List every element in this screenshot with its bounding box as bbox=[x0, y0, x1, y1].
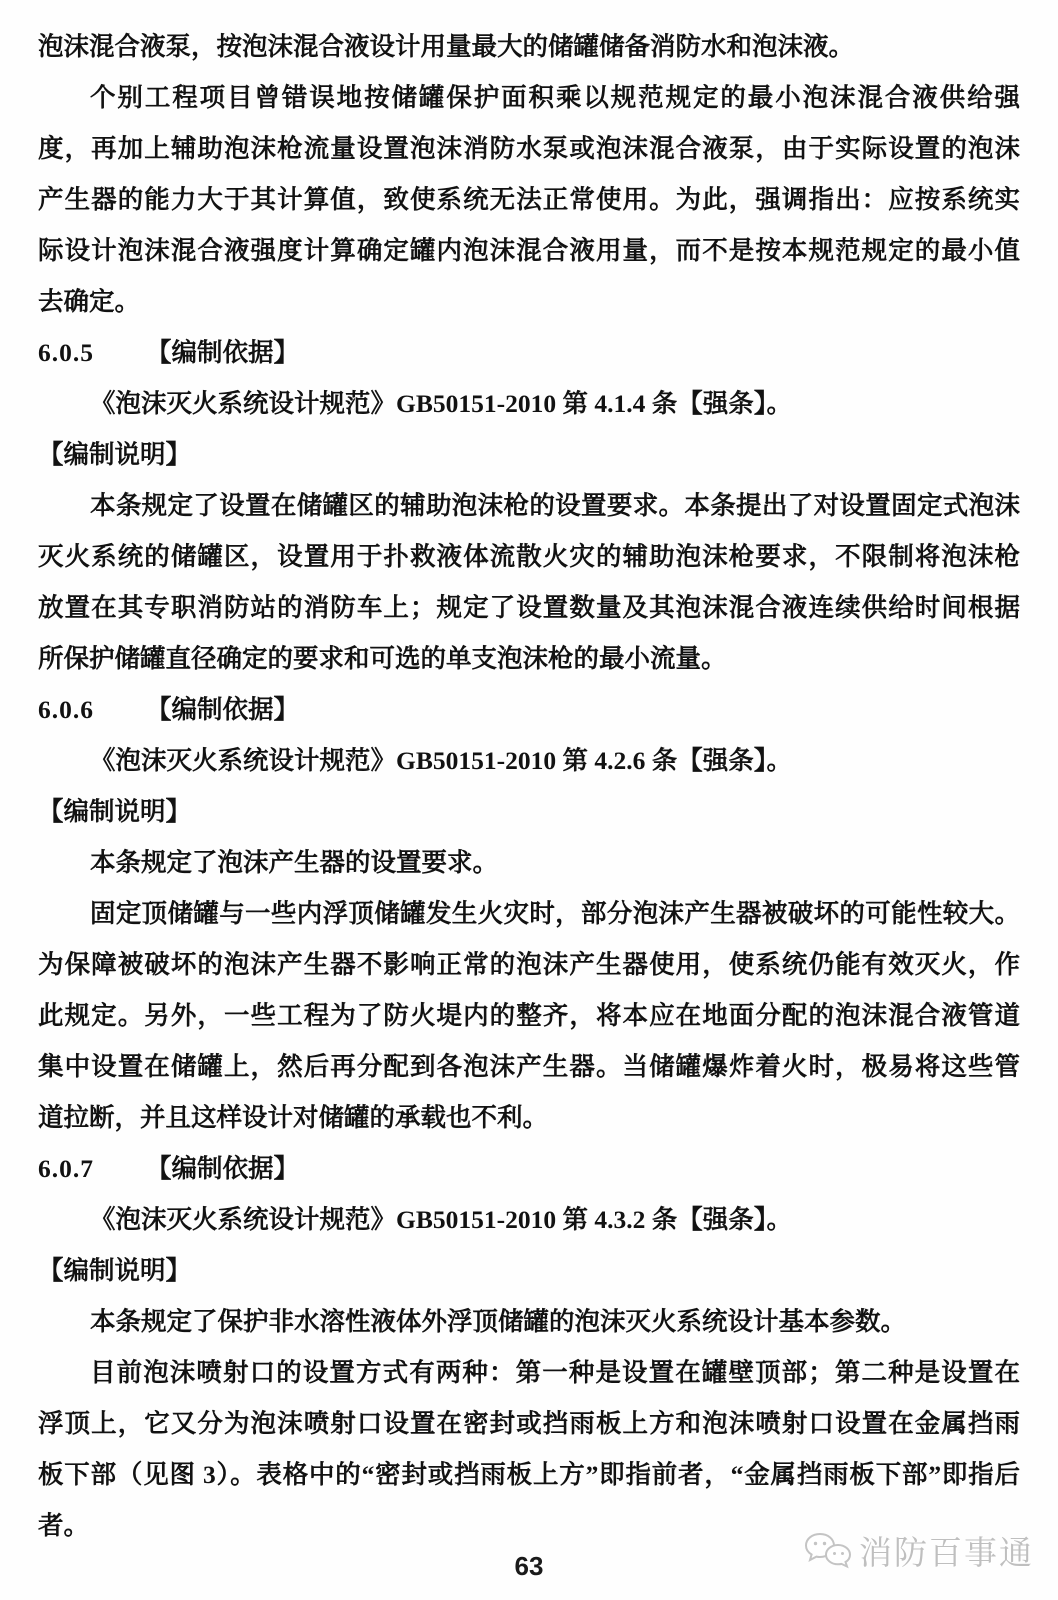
section-label: 【编制依据】 bbox=[146, 1154, 299, 1183]
section-label: 【编制依据】 bbox=[146, 695, 299, 724]
text-line: 固定顶储罐与一些内浮顶储罐发生火灾时，部分泡沫产生器被破坏的可能性较大。 bbox=[38, 888, 1020, 939]
section-number: 6.0.6 bbox=[38, 684, 94, 735]
text-line: 集中设置在储罐上，然后再分配到各泡沫产生器。当储罐爆炸着火时，极易将这些管 bbox=[38, 1041, 1020, 1092]
paragraph: 《泡沫灭火系统设计规范》GB50151-2010 第 4.1.4 条【强条】。 bbox=[38, 378, 1020, 429]
heading-line: 6.0.7【编制依据】 bbox=[38, 1143, 1020, 1194]
text-line: 《泡沫灭火系统设计规范》GB50151-2010 第 4.1.4 条【强条】。 bbox=[38, 378, 1020, 429]
section-heading: 6.0.7【编制依据】 bbox=[38, 1143, 1020, 1194]
text-line: 本条规定了泡沫产生器的设置要求。 bbox=[38, 837, 1020, 888]
text-line: 此规定。另外，一些工程为了防火堤内的整齐，将本应在地面分配的泡沫混合液管道 bbox=[38, 990, 1020, 1041]
section-heading: 6.0.6【编制依据】 bbox=[38, 684, 1020, 735]
section-subheading: 【编制说明】 bbox=[38, 786, 1020, 837]
document-content: 泡沫混合液泵，按泡沫混合液设计用量最大的储罐储备消防水和泡沫液。个别工程项目曾错… bbox=[38, 21, 1020, 1551]
paragraph: 泡沫混合液泵，按泡沫混合液设计用量最大的储罐储备消防水和泡沫液。 bbox=[38, 21, 1020, 72]
paragraph: 本条规定了保护非水溶性液体外浮顶储罐的泡沫灭火系统设计基本参数。 bbox=[38, 1296, 1020, 1347]
paragraph: 《泡沫灭火系统设计规范》GB50151-2010 第 4.2.6 条【强条】。 bbox=[38, 735, 1020, 786]
text-line: 板下部（见图 3）。表格中的“密封或挡雨板上方”即指前者，“金属挡雨板下部”即指… bbox=[38, 1449, 1020, 1500]
text-line: 道拉断，并且这样设计对储罐的承载也不利。 bbox=[38, 1092, 1020, 1143]
section-label: 【编制依据】 bbox=[146, 338, 299, 367]
text-line: 《泡沫灭火系统设计规范》GB50151-2010 第 4.3.2 条【强条】。 bbox=[38, 1194, 1020, 1245]
page-number: 63 bbox=[0, 1551, 1058, 1582]
subheading-line: 【编制说明】 bbox=[38, 1245, 1020, 1296]
paragraph: 本条规定了泡沫产生器的设置要求。 bbox=[38, 837, 1020, 888]
text-line: 泡沫混合液泵，按泡沫混合液设计用量最大的储罐储备消防水和泡沫液。 bbox=[38, 21, 1020, 72]
text-line: 放置在其专职消防站的消防车上；规定了设置数量及其泡沫混合液连续供给时间根据 bbox=[38, 582, 1020, 633]
text-line: 灭火系统的储罐区，设置用于扑救液体流散火灾的辅助泡沫枪要求，不限制将泡沫枪 bbox=[38, 531, 1020, 582]
text-line: 目前泡沫喷射口的设置方式有两种：第一种是设置在罐壁顶部；第二种是设置在 bbox=[38, 1347, 1020, 1398]
text-line: 所保护储罐直径确定的要求和可选的单支泡沫枪的最小流量。 bbox=[38, 633, 1020, 684]
section-number: 6.0.5 bbox=[38, 327, 94, 378]
section-subheading: 【编制说明】 bbox=[38, 429, 1020, 480]
paragraph: 本条规定了设置在储罐区的辅助泡沫枪的设置要求。本条提出了对设置固定式泡沫灭火系统… bbox=[38, 480, 1020, 684]
heading-line: 6.0.5【编制依据】 bbox=[38, 327, 1020, 378]
paragraph: 目前泡沫喷射口的设置方式有两种：第一种是设置在罐壁顶部；第二种是设置在浮顶上，它… bbox=[38, 1347, 1020, 1551]
text-line: 本条规定了设置在储罐区的辅助泡沫枪的设置要求。本条提出了对设置固定式泡沫 bbox=[38, 480, 1020, 531]
text-line: 产生器的能力大于其计算值，致使系统无法正常使用。为此，强调指出：应按系统实 bbox=[38, 174, 1020, 225]
text-line: 去确定。 bbox=[38, 276, 1020, 327]
section-number: 6.0.7 bbox=[38, 1143, 94, 1194]
document-page: 泡沫混合液泵，按泡沫混合液设计用量最大的储罐储备消防水和泡沫液。个别工程项目曾错… bbox=[0, 0, 1058, 1600]
paragraph: 个别工程项目曾错误地按储罐保护面积乘以规范规定的最小泡沫混合液供给强度，再加上辅… bbox=[38, 72, 1020, 327]
text-line: 为保障被破坏的泡沫产生器不影响正常的泡沫产生器使用，使系统仍能有效灭火，作 bbox=[38, 939, 1020, 990]
text-line: 个别工程项目曾错误地按储罐保护面积乘以规范规定的最小泡沫混合液供给强 bbox=[38, 72, 1020, 123]
section-subheading: 【编制说明】 bbox=[38, 1245, 1020, 1296]
subheading-line: 【编制说明】 bbox=[38, 429, 1020, 480]
text-line: 本条规定了保护非水溶性液体外浮顶储罐的泡沫灭火系统设计基本参数。 bbox=[38, 1296, 1020, 1347]
section-heading: 6.0.5【编制依据】 bbox=[38, 327, 1020, 378]
text-line: 际设计泡沫混合液强度计算确定罐内泡沫混合液用量，而不是按本规范规定的最小值 bbox=[38, 225, 1020, 276]
paragraph: 《泡沫灭火系统设计规范》GB50151-2010 第 4.3.2 条【强条】。 bbox=[38, 1194, 1020, 1245]
text-line: 度，再加上辅助泡沫枪流量设置泡沫消防水泵或泡沫混合液泵，由于实际设置的泡沫 bbox=[38, 123, 1020, 174]
heading-line: 6.0.6【编制依据】 bbox=[38, 684, 1020, 735]
text-line: 《泡沫灭火系统设计规范》GB50151-2010 第 4.2.6 条【强条】。 bbox=[38, 735, 1020, 786]
subheading-line: 【编制说明】 bbox=[38, 786, 1020, 837]
text-line: 浮顶上，它又分为泡沫喷射口设置在密封或挡雨板上方和泡沫喷射口设置在金属挡雨 bbox=[38, 1398, 1020, 1449]
paragraph: 固定顶储罐与一些内浮顶储罐发生火灾时，部分泡沫产生器被破坏的可能性较大。为保障被… bbox=[38, 888, 1020, 1143]
